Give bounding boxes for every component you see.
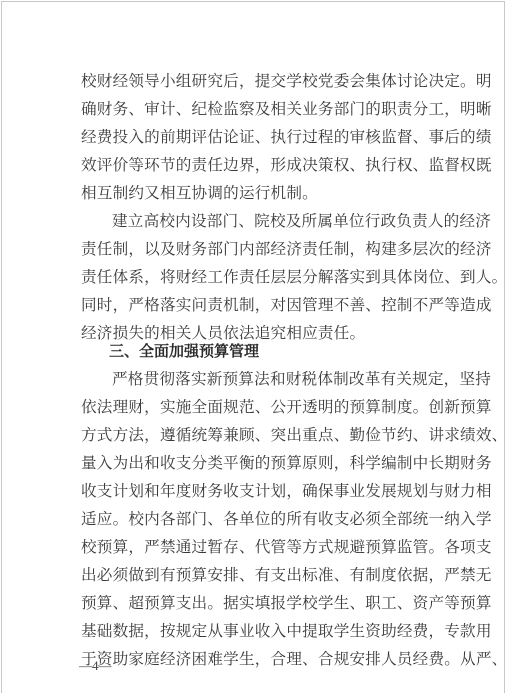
paragraph-2-line-5: 经济损失的相关人员依法追究相应责任。 <box>81 323 433 343</box>
page-number: —4— <box>79 658 112 674</box>
paragraph-1-line-3: 经费投入的前期评估论证、执行过程的审核监督、事后的绩 <box>81 127 433 147</box>
paragraph-1-line-4: 效评价等环节的责任边界，形成决策权、执行权、监督权既 <box>81 155 433 175</box>
paragraph-2-line-1: 建立高校内设部门、院校及所属单位行政负责人的经济 <box>112 211 433 231</box>
paragraph-2-line-3: 责任体系，将财经工作责任层层分解落实到具体岗位、到人。 <box>81 267 433 287</box>
paragraph-3-line-11: 于资助家庭经济困难学生，合理、合规安排人员经费。从严、 <box>81 649 433 669</box>
paragraph-1-line-2: 确财务、审计、纪检监察及相关业务部门的职责分工，明晰 <box>81 99 433 119</box>
paragraph-3-line-7: 校预算，严禁通过暂存、代管等方式规避预算监管。各项支 <box>81 537 433 557</box>
paragraph-2-line-2: 责任制，以及财务部门内部经济责任制，构建多层次的经济 <box>81 239 433 259</box>
paragraph-3-line-8: 出必须做到有预算安排、有支出标准、有制度依据，严禁无 <box>81 565 433 585</box>
paragraph-3-line-9: 预算、超预算支出。据实填报学校学生、职工、资产等预算 <box>81 593 433 613</box>
paragraph-1-line-5: 相互制约又相互协调的运行机制。 <box>81 183 433 203</box>
paragraph-2-line-4: 同时，严格落实问责机制，对因管理不善、控制不严等造成 <box>81 295 433 315</box>
document-page: 校财经领导小组研究后，提交学校党委会集体讨论决定。明 确财务、审计、纪检监察及相… <box>1 1 505 693</box>
paragraph-3-line-3: 方式方法，遵循统筹兼顾、突出重点、勤俭节约、讲求绩效、 <box>81 425 433 445</box>
paragraph-3-line-6: 适应。校内各部门、各单位的所有收支必须全部统一纳入学 <box>81 509 433 529</box>
paragraph-3-line-1: 严格贯彻落实新预算法和财税体制改革有关规定，坚持 <box>112 369 433 389</box>
paragraph-3-line-10: 基础数据，按规定从事业收入中提取学生资助经费，专款用 <box>81 621 433 641</box>
paragraph-3-line-4: 量入为出和收支分类平衡的预算原则，科学编制中长期财务 <box>81 453 433 473</box>
section-heading: 三、全面加强预算管理 <box>109 341 259 361</box>
paragraph-3-line-2: 依法理财，实施全面规范、公开透明的预算制度。创新预算 <box>81 397 433 417</box>
paragraph-1-line-1: 校财经领导小组研究后，提交学校党委会集体讨论决定。明 <box>81 71 433 91</box>
paragraph-3-line-5: 收支计划和年度财务收支计划，确保事业发展规划与财力相 <box>81 481 433 501</box>
